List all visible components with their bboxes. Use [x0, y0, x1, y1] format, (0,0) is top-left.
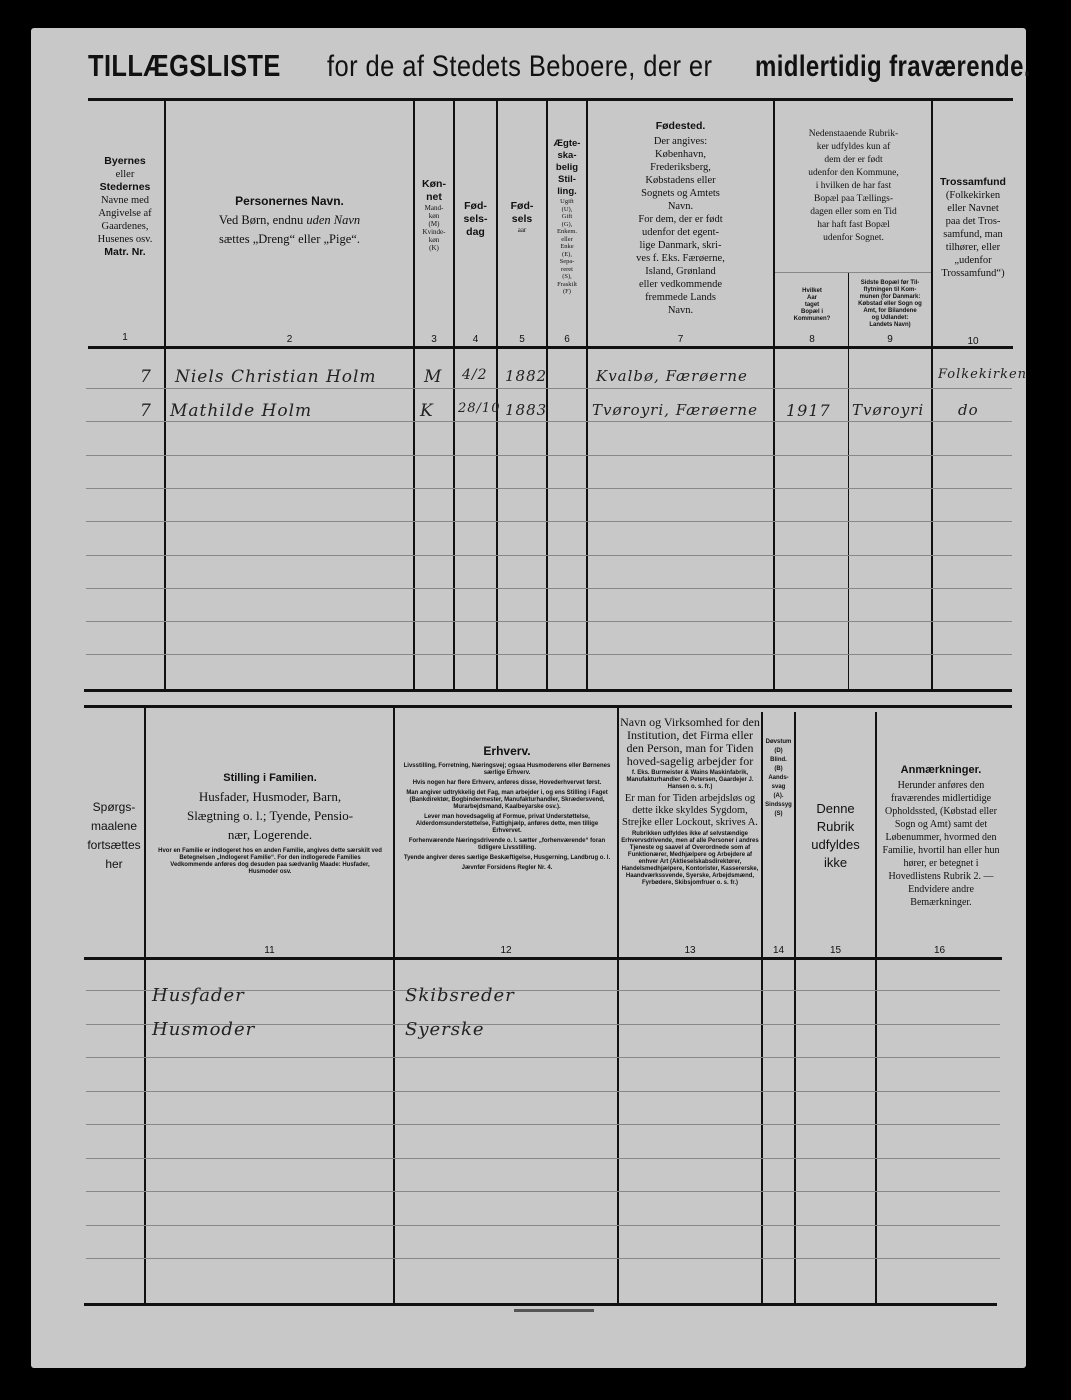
header-col-2-line1: Ved Børn, endnu — [219, 213, 303, 227]
header-col-1-line: Husenes osv. — [98, 234, 153, 245]
title-middle: for de af Stedets Beboere, der er — [327, 50, 712, 84]
col-number-2: 2 — [166, 334, 413, 345]
header-col-12-fine: Jævnfør Forsidens Regler Nr. 4. — [402, 865, 612, 872]
col-number-10: 10 — [933, 336, 1013, 347]
row-1-birthyear: 1882 — [505, 367, 547, 385]
row-1-birthplace: Kvalbø, Færøerne — [596, 367, 748, 385]
row-2-family-position: Husmoder — [152, 1019, 255, 1040]
row-1-matr: 7 — [140, 367, 152, 387]
header-col-13: Navn og Virksomhed for den Institution, … — [620, 716, 760, 887]
header-col-1-line: Angivelse af — [98, 208, 151, 219]
header-col-7: Fødested. Der angives: København, Freder… — [588, 120, 773, 317]
header-col-16-text: Herunder anføres den fraværendes midlert… — [880, 779, 1002, 909]
row-2-matr: 7 — [140, 401, 152, 421]
col-number-1: 1 — [86, 332, 164, 343]
col-divider-4 — [496, 100, 498, 690]
header-col-2-line2: sættes „Dreng“ eller „Pige“. — [219, 232, 360, 246]
row-2-occupation: Syerske — [405, 1019, 485, 1040]
title-bold-suffix: midlertidig fraværende. — [755, 50, 1031, 84]
col-number-16: 16 — [877, 945, 1002, 956]
col-number-6: 6 — [548, 334, 586, 345]
lower-col-divider-2 — [393, 708, 395, 1305]
lower-col-divider-3 — [617, 708, 619, 1305]
header-col-10-bold: Trossamfund — [940, 176, 1006, 188]
ruled-line — [86, 455, 1012, 456]
header-col-5: Fød- sels aar — [498, 200, 546, 234]
ruled-line — [86, 421, 1012, 422]
header-col-5-detail: aar — [498, 226, 546, 234]
lower-col-divider-6 — [875, 712, 877, 1305]
ruled-line — [86, 388, 1012, 389]
header-col-12-fine: Forhenværende Næringsdrivende o. l. sætt… — [402, 838, 612, 852]
col-number-12: 12 — [395, 945, 617, 956]
header-col-2: Personernes Navn. Ved Børn, endnu uden N… — [166, 192, 413, 249]
header-col-11: Stilling i Familien. Husfader, Husmoder,… — [148, 772, 392, 876]
ruled-line — [86, 1158, 1000, 1159]
header-col-13-fine2: Rubrikken udfyldes ikke af selvstændige … — [620, 831, 760, 887]
col-number-8: 8 — [776, 334, 848, 345]
col-number-3: 3 — [415, 334, 453, 345]
row-1-sex: M — [424, 367, 442, 387]
col-number-7: 7 — [588, 334, 773, 345]
title-bold-prefix: TILLÆGSLISTE — [88, 48, 281, 84]
col-number-5: 5 — [498, 334, 546, 345]
header-col-7-bold: Fødested. — [656, 120, 706, 132]
row-2-birthyear: 1883 — [505, 401, 547, 419]
col-8-9-split — [775, 272, 931, 273]
row-1-religion: Folkekirken — [938, 367, 1027, 382]
row-2-birthplace: Tvøroyri, Færøerne — [592, 401, 758, 419]
row-1-family-position: Husfader — [152, 985, 245, 1006]
row-1-birthday: 4/2 — [462, 367, 488, 383]
row-2-birthday: 28/10 — [458, 401, 500, 416]
upper-bottom-rule — [84, 689, 1012, 692]
col-divider-1 — [164, 100, 166, 690]
header-col-12-fine: Man angiver udtrykkelig det Fag, man arb… — [402, 790, 612, 811]
col-number-14: 14 — [763, 945, 794, 956]
header-col-1-eller: eller — [116, 169, 135, 180]
col-number-11: 11 — [146, 945, 393, 956]
header-col-1-line: Navne med — [101, 195, 149, 206]
ruled-line — [86, 1091, 1000, 1092]
header-col-1: Byernes eller Stedernes Navne med Angive… — [86, 155, 164, 259]
header-col-11-bold: Stilling i Familien. — [223, 772, 317, 784]
lower-bottom-rule — [84, 1303, 997, 1306]
header-col-10: Trossamfund (Folkekirken eller Navnet pa… — [933, 176, 1013, 280]
header-col-2-bold: Personernes Navn. — [235, 194, 344, 208]
header-col-15: Denne Rubrik udfyldes ikke — [796, 800, 875, 872]
lower-left-note: Spørgs- maalene fortsættes her — [84, 798, 144, 874]
header-col-16: Anmærkninger. Herunder anføres den fravæ… — [880, 764, 1002, 909]
col-number-15: 15 — [796, 945, 875, 956]
header-col-4: Fød- sels- dag — [455, 200, 496, 239]
ruled-line — [86, 1258, 1000, 1259]
header-col-11-fine: Hvor en Familie er indlogeret hos en and… — [158, 848, 382, 876]
header-col-8: Hvilket Aar taget Bopæl i Kommunen? — [776, 288, 848, 323]
col-divider-3 — [453, 100, 455, 690]
header-col-12-fine: Livsstilling, Forretning, Næringsvej; og… — [402, 763, 612, 777]
header-col-3-bold: Køn- net — [422, 178, 446, 203]
header-col-12-bold: Erhverv. — [483, 744, 530, 758]
header-col-12-fine: Lever man hovedsagelig af Formue, privat… — [402, 814, 612, 835]
header-col-12-fine: Tyende angiver deres særlige Beskæftigel… — [402, 855, 612, 862]
header-col-1-bold2: Stedernes — [100, 181, 151, 193]
header-col-5-bold: Fød- sels — [511, 200, 534, 225]
header-col-12-fine: Hvis nogen har flere Erhverv, anføres di… — [402, 780, 612, 787]
row-2-name: Mathilde Holm — [170, 401, 312, 421]
header-col-13-mid: Er man for Tiden arbejdsløs og dette ikk… — [620, 793, 760, 829]
col-number-9: 9 — [849, 334, 931, 345]
lower-header-rule — [84, 957, 1002, 960]
row-1-name: Niels Christian Holm — [175, 367, 377, 387]
header-col-13-heading: Navn og Virksomhed for den Institution, … — [620, 716, 760, 768]
printer-imprint — [514, 1309, 594, 1312]
row-2-year-moved: 1917 — [786, 401, 831, 420]
header-col-6-bold: Ægte- ska- belig Stil- ling. — [554, 138, 581, 197]
ruled-line — [86, 488, 1012, 489]
ruled-line — [86, 1191, 1000, 1192]
title-rule — [88, 98, 1013, 101]
header-col-8-9-group: Nedenstaaende Rubrik- ker udfyldes kun a… — [776, 128, 931, 245]
ruled-line — [86, 1124, 1000, 1125]
header-col-1-matr: Matr. Nr. — [104, 246, 145, 258]
header-col-6-detail: Ugift (U), Gift (G), Enkem. eller Enke (… — [548, 198, 586, 296]
header-col-7-text: Der angives: København, Frederiksberg, K… — [588, 135, 773, 317]
ruled-line — [86, 521, 1012, 522]
row-1-occupation: Skibsreder — [405, 985, 515, 1006]
header-col-11-text: Husfader, Husmoder, Barn, Slægtning o. l… — [148, 787, 392, 844]
header-col-1-bold: Byernes — [104, 155, 145, 167]
header-col-13-fine1: f. Eks. Burmeister & Wains Maskinfabrik,… — [620, 770, 760, 791]
header-col-6: Ægte- ska- belig Stil- ling. Ugift (U), … — [548, 138, 586, 296]
header-col-4-bold: Fød- sels- dag — [464, 200, 488, 238]
ruled-line — [86, 555, 1012, 556]
row-2-sex: K — [420, 401, 434, 421]
col-divider-7 — [773, 100, 775, 690]
ruled-line — [86, 1057, 1000, 1058]
lower-top-rule — [84, 705, 1012, 708]
ruled-line — [86, 654, 1012, 655]
header-col-16-bold: Anmærkninger. — [901, 764, 982, 776]
row-2-religion: do — [958, 401, 979, 419]
header-col-9: Sidste Bopæl før Til- flytningen til Kom… — [849, 280, 931, 329]
header-col-3: Køn- net Mand- køn (M) Kvinde- køn (K) — [415, 178, 453, 252]
header-col-1-line: Gaardenes, — [102, 221, 149, 232]
header-col-10-text: (Folkekirken eller Navnet paa det Tros- … — [933, 189, 1013, 280]
upper-header-rule — [88, 346, 1013, 349]
row-2-last-residence: Tvøroyri — [852, 401, 924, 419]
lower-col-divider-1 — [144, 708, 146, 1305]
ruled-line — [86, 588, 1012, 589]
col-number-13: 13 — [619, 945, 761, 956]
form-title: TILLÆGSLISTE for de af Stedets Beboere, … — [88, 48, 1018, 84]
header-col-12: Erhverv. Livsstilling, Forretning, Nærin… — [398, 745, 616, 872]
col-number-4: 4 — [455, 334, 496, 345]
ruled-line — [86, 621, 1012, 622]
ruled-line — [86, 1225, 1000, 1226]
header-col-14: Døvstum (D) Blind. (B) Aands- svag (A). … — [763, 738, 794, 819]
header-col-2-italic: uden Navn — [306, 213, 360, 227]
header-col-3-detail: Mand- køn (M) Kvinde- køn (K) — [415, 204, 453, 252]
